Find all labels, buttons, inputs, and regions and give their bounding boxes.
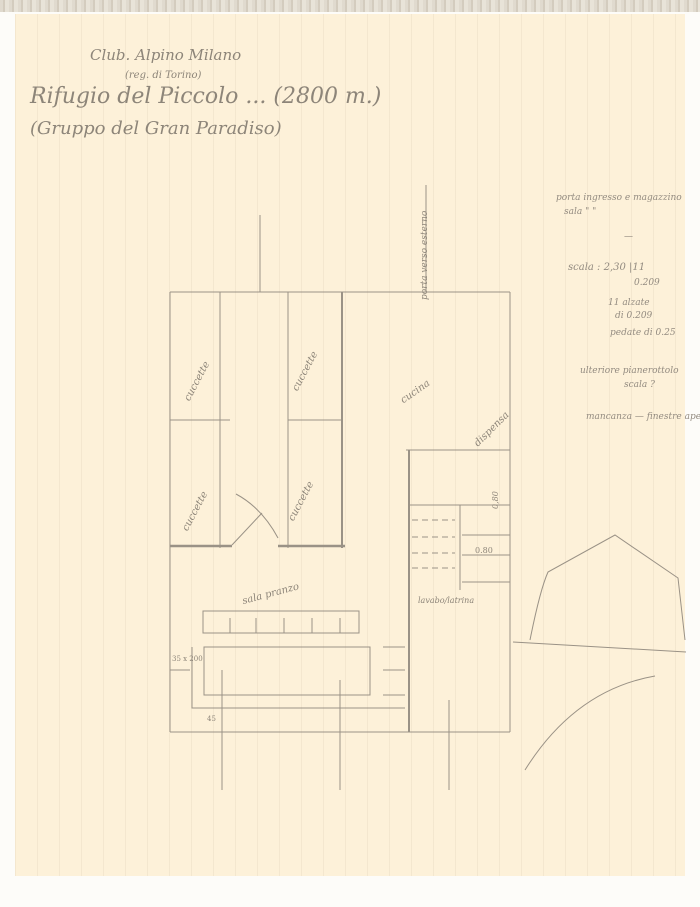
floor-plan-drawing [0, 0, 700, 907]
room-label-toilet: lavabo/latrina [418, 596, 474, 605]
dim-pantry: 0,80 [491, 491, 500, 509]
label-entrance: porta verso esterno [420, 211, 430, 300]
dim-stairs: 0.80 [475, 546, 493, 555]
dim-bench: 35 x 200 [172, 655, 203, 663]
dim-seat: 45 [207, 715, 216, 723]
